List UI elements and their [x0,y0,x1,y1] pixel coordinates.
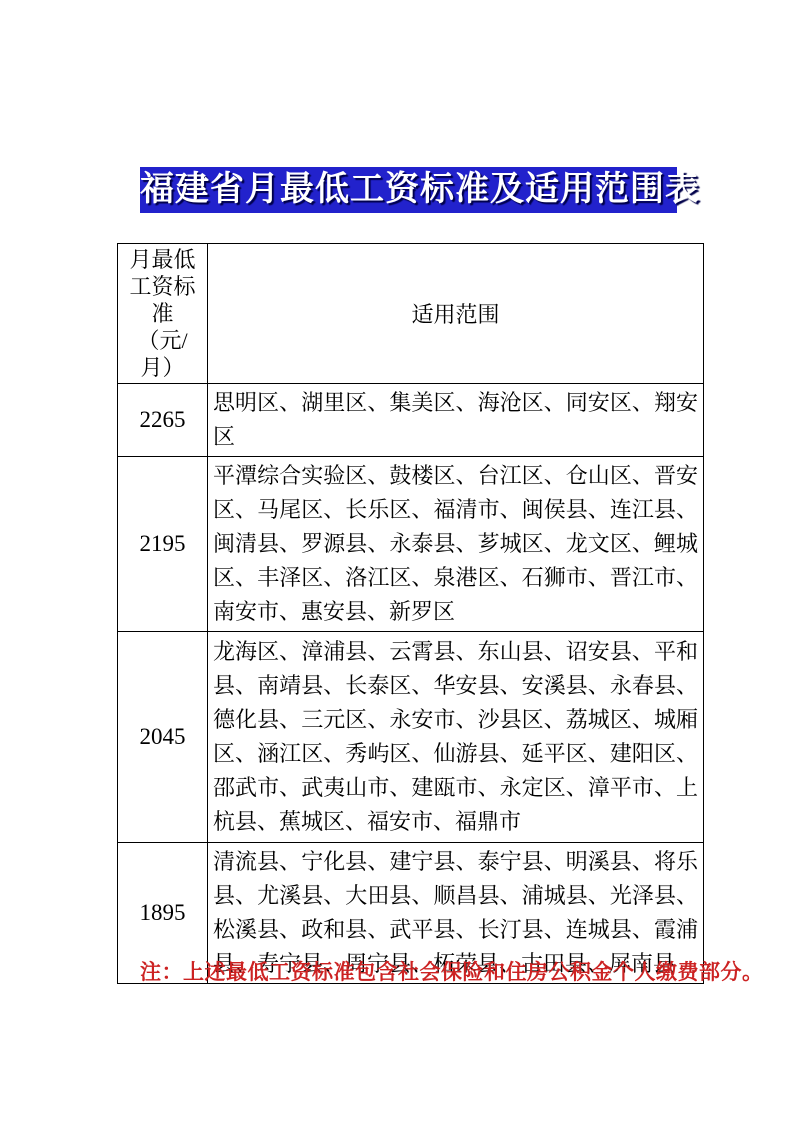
wage-value: 2195 [118,457,208,632]
table-row: 2265 思明区、湖里区、集美区、海沧区、同安区、翔安区 [118,384,704,457]
document-title: 福建省月最低工资标准及适用范围表 [140,167,677,213]
footnote: 注：上述最低工资标准包含社会保险和住房公积金个人缴费部分。 [140,956,700,986]
regions-list: 思明区、湖里区、集美区、海沧区、同安区、翔安区 [208,384,704,457]
document-page: 福建省月最低工资标准及适用范围表 月最低工资标准（元/月） 适用范围 2265 … [0,0,800,1132]
wage-value: 2045 [118,632,208,843]
header-regions-column: 适用范围 [208,244,704,384]
table-row: 2195 平潭综合实验区、鼓楼区、台江区、仓山区、晋安区、马尾区、长乐区、福清市… [118,457,704,632]
wage-value: 2265 [118,384,208,457]
wage-table: 月最低工资标准（元/月） 适用范围 2265 思明区、湖里区、集美区、海沧区、同… [117,243,704,984]
table-header-row: 月最低工资标准（元/月） 适用范围 [118,244,704,384]
table-row: 2045 龙海区、漳浦县、云霄县、东山县、诏安县、平和县、南靖县、长泰区、华安县… [118,632,704,843]
regions-list: 龙海区、漳浦县、云霄县、东山县、诏安县、平和县、南靖县、长泰区、华安县、安溪县、… [208,632,704,843]
header-wage-column: 月最低工资标准（元/月） [118,244,208,384]
regions-list: 平潭综合实验区、鼓楼区、台江区、仓山区、晋安区、马尾区、长乐区、福清市、闽侯县、… [208,457,704,632]
